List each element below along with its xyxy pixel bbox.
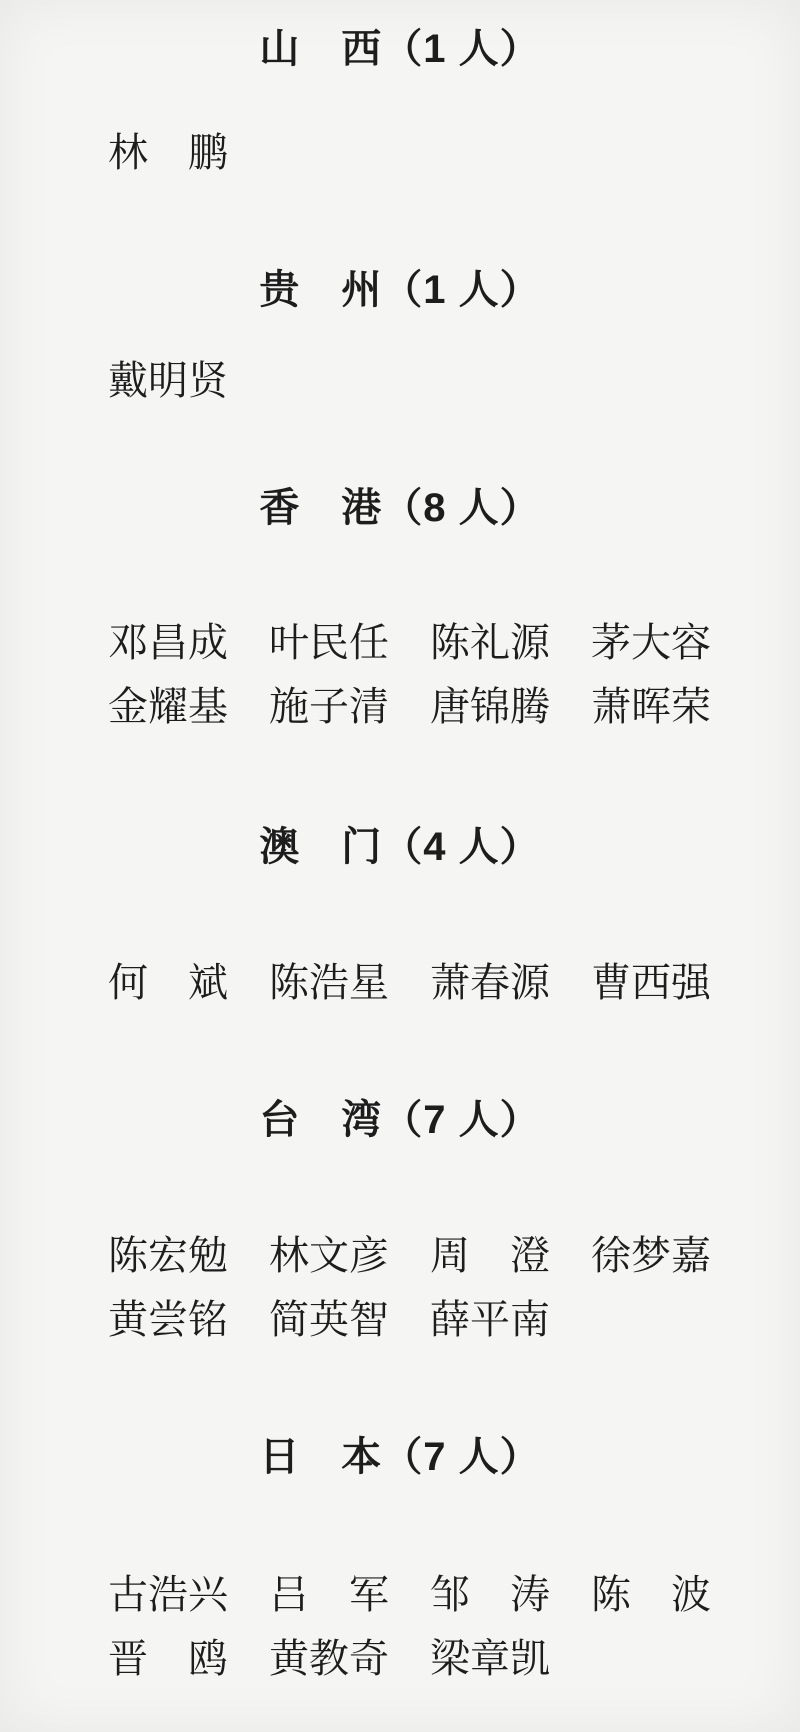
section-title: 香 港（8 人） (0, 487, 800, 529)
person-name: 徐梦嘉 (591, 1235, 711, 1277)
name-row: 金耀基施子清唐锦腾萧晖荣 (0, 686, 800, 728)
region-section: 澳 门（4 人）何 斌陈浩星萧春源曹西强 (0, 826, 800, 1004)
region-section: 山 西（1 人）林 鹏 (0, 28, 800, 174)
section-title: 贵 州（1 人） (0, 269, 800, 311)
person-name: 戴明贤 (108, 360, 228, 402)
section-title: 日 本（7 人） (0, 1436, 800, 1478)
region-section: 台 湾（7 人）陈宏勉林文彦周 澄徐梦嘉黄尝铭简英智薛平南 (0, 1099, 800, 1341)
person-name: 古浩兴 (108, 1574, 228, 1616)
name-row: 晋 鸥黄教奇梁章凯 (0, 1638, 800, 1680)
section-title: 台 湾（7 人） (0, 1099, 800, 1141)
region-section: 贵 州（1 人）戴明贤 (0, 269, 800, 402)
person-name: 何 斌 (108, 962, 228, 1004)
person-name: 陈 波 (591, 1574, 711, 1616)
person-name: 施子清 (269, 686, 389, 728)
person-name: 简英智 (269, 1299, 389, 1341)
region-section: 香 港（8 人）邓昌成叶民任陈礼源茅大容金耀基施子清唐锦腾萧晖荣 (0, 487, 800, 728)
person-name: 叶民任 (269, 622, 389, 664)
name-row: 陈宏勉林文彦周 澄徐梦嘉 (0, 1235, 800, 1277)
person-name: 薛平南 (430, 1299, 550, 1341)
name-row: 黄尝铭简英智薛平南 (0, 1299, 800, 1341)
person-name: 茅大容 (591, 622, 711, 664)
person-name: 陈礼源 (430, 622, 550, 664)
person-name: 林文彦 (269, 1235, 389, 1277)
person-name: 晋 鸥 (108, 1638, 228, 1680)
section-title: 山 西（1 人） (0, 28, 800, 70)
name-row: 林 鹏 (0, 132, 800, 174)
person-name: 陈宏勉 (108, 1235, 228, 1277)
person-name: 萧晖荣 (591, 686, 711, 728)
person-name: 周 澄 (430, 1235, 550, 1277)
person-name: 吕 军 (269, 1574, 389, 1616)
person-name: 金耀基 (108, 686, 228, 728)
name-row: 何 斌陈浩星萧春源曹西强 (0, 962, 800, 1004)
name-list-page: 山 西（1 人）林 鹏贵 州（1 人）戴明贤香 港（8 人）邓昌成叶民任陈礼源茅… (0, 0, 800, 1732)
section-title: 澳 门（4 人） (0, 826, 800, 868)
name-row: 邓昌成叶民任陈礼源茅大容 (0, 622, 800, 664)
name-row: 戴明贤 (0, 360, 800, 402)
person-name: 曹西强 (591, 962, 711, 1004)
person-name: 邹 涛 (430, 1574, 550, 1616)
region-section: 日 本（7 人）古浩兴吕 军邹 涛陈 波晋 鸥黄教奇梁章凯 (0, 1436, 800, 1680)
person-name: 邓昌成 (108, 622, 228, 664)
person-name: 黄教奇 (269, 1638, 389, 1680)
person-name: 唐锦腾 (430, 686, 550, 728)
person-name: 林 鹏 (108, 132, 228, 174)
person-name: 梁章凯 (430, 1638, 550, 1680)
person-name: 萧春源 (430, 962, 550, 1004)
name-row: 古浩兴吕 军邹 涛陈 波 (0, 1574, 800, 1616)
person-name: 黄尝铭 (108, 1299, 228, 1341)
person-name: 陈浩星 (269, 962, 389, 1004)
